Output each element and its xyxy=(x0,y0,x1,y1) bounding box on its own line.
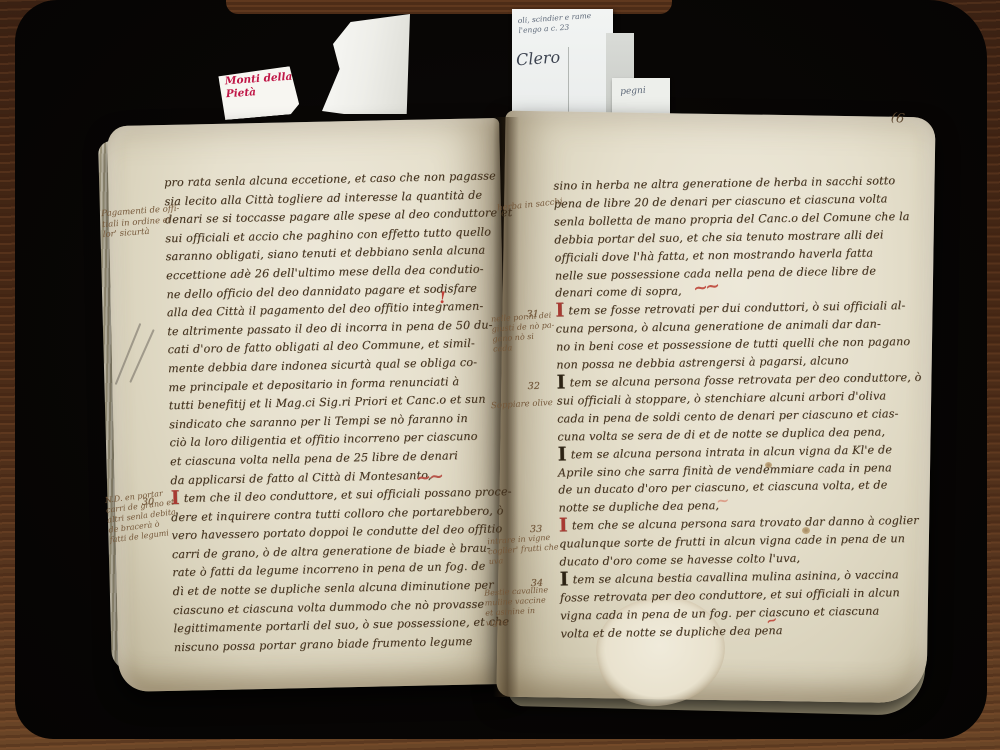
line-text: vigna cada in pena de un fog. per ciascu… xyxy=(560,604,879,622)
line-text: Aprile sino che sarra finità de vendemmi… xyxy=(558,461,892,479)
line-text: sindicato che saranno per li Tempi se nò… xyxy=(169,412,468,431)
line-text: tem se alcuna persona intrata in alcun v… xyxy=(571,443,892,461)
line-text: me principale et depositario in forma re… xyxy=(168,375,459,394)
margin-note-intrare-in-vigne: intrare in vigne coglier' frutti che uva xyxy=(487,531,581,567)
line-text: volta et de notte se dupliche dea pena xyxy=(560,624,782,640)
line-text: fosse retrovata per deo conduttore, et s… xyxy=(560,586,900,604)
line-text: cuna volta se sera de di et de notte se … xyxy=(557,425,885,443)
line-text: ducato d'oro come se havesse colto l'uva… xyxy=(559,552,800,569)
bookmark-tab-clero: oli, scindier e rame l'engo a c. 23 Cler… xyxy=(512,9,613,115)
tab-clero-label: Clero xyxy=(515,43,613,69)
photograph-of-open-manuscript: Monti della Pietà oli, scindier e rame l… xyxy=(0,0,1000,750)
margin-note-bestie-cavalline: Bestie cavalline muline vaccine et asini… xyxy=(484,583,586,628)
tab-pegni-label: pegni xyxy=(612,76,671,97)
item-initial-letter: I xyxy=(559,521,568,531)
red-flourish-mark: ~~ xyxy=(692,275,719,299)
line-text: notte se dupliche dea pena, xyxy=(558,499,719,515)
item-initial-letter: I xyxy=(560,574,569,584)
line-text: mente debbia dare indonea sicurtà qual s… xyxy=(168,356,477,375)
line-text: cada in pena de soldi cento de denari pe… xyxy=(557,407,899,425)
item-initial-letter: I xyxy=(558,449,567,459)
open-manuscript-book: pro rata senla alcuna eccetione, et caso… xyxy=(105,105,950,705)
line-text: denari come di sopra, xyxy=(555,285,682,300)
line-text: et ciascuna volta nella pena de 25 libre… xyxy=(170,449,458,468)
line-text: sino in herba ne altra generatione de he… xyxy=(553,174,895,192)
folio-number: (6 xyxy=(890,110,906,127)
line-text: debbia portar del suo, et che sia tenuto… xyxy=(554,228,883,246)
red-flourish-mark: ~~ xyxy=(415,466,443,490)
faint-red-flourish-mark: ~ xyxy=(715,490,730,510)
item-number: 32 xyxy=(528,378,541,396)
left-page-text-column: pro rata senla alcuna eccetione, et caso… xyxy=(164,168,480,658)
line-text: tem se fosse retrovati per dui conduttor… xyxy=(568,299,905,317)
line-text: non possa ne debbia astrengersi à pagars… xyxy=(556,354,849,372)
right-page-text-column: sino in herba ne altra generatione de he… xyxy=(553,172,882,643)
line-text: qualunque sorte de frutti in alcun vigna… xyxy=(559,532,905,550)
line-text: pena de libre 20 de denari per ciascuno … xyxy=(554,192,888,210)
item-initial-letter: I xyxy=(557,377,566,387)
line-text: niscuno possa portar grano biade frument… xyxy=(174,635,473,654)
tab-oli-pencil-note: oli, scindier e rame l'engo a c. 23 xyxy=(511,6,613,36)
margin-note-nelle-porzioni: nelle por.ni dei giusti de nò pa- gano n… xyxy=(491,309,572,354)
line-text: tem che se alcuna persona sara trovato d… xyxy=(572,514,919,532)
line-text: tem se alcuna bestia cavallina mulina as… xyxy=(573,568,899,586)
line-text: cuna persona, ò alcuna generatione de an… xyxy=(556,318,881,336)
line-text: ciò la loro diligentia et offitio incorr… xyxy=(169,430,477,449)
line-text: officiali dove l'hà fatta, et non mostra… xyxy=(555,246,874,264)
line-text: sui officiali à stoppare, ò stenchiare a… xyxy=(557,389,887,407)
line-text: cati d'oro de fatto obligati al deo Comm… xyxy=(168,337,476,356)
